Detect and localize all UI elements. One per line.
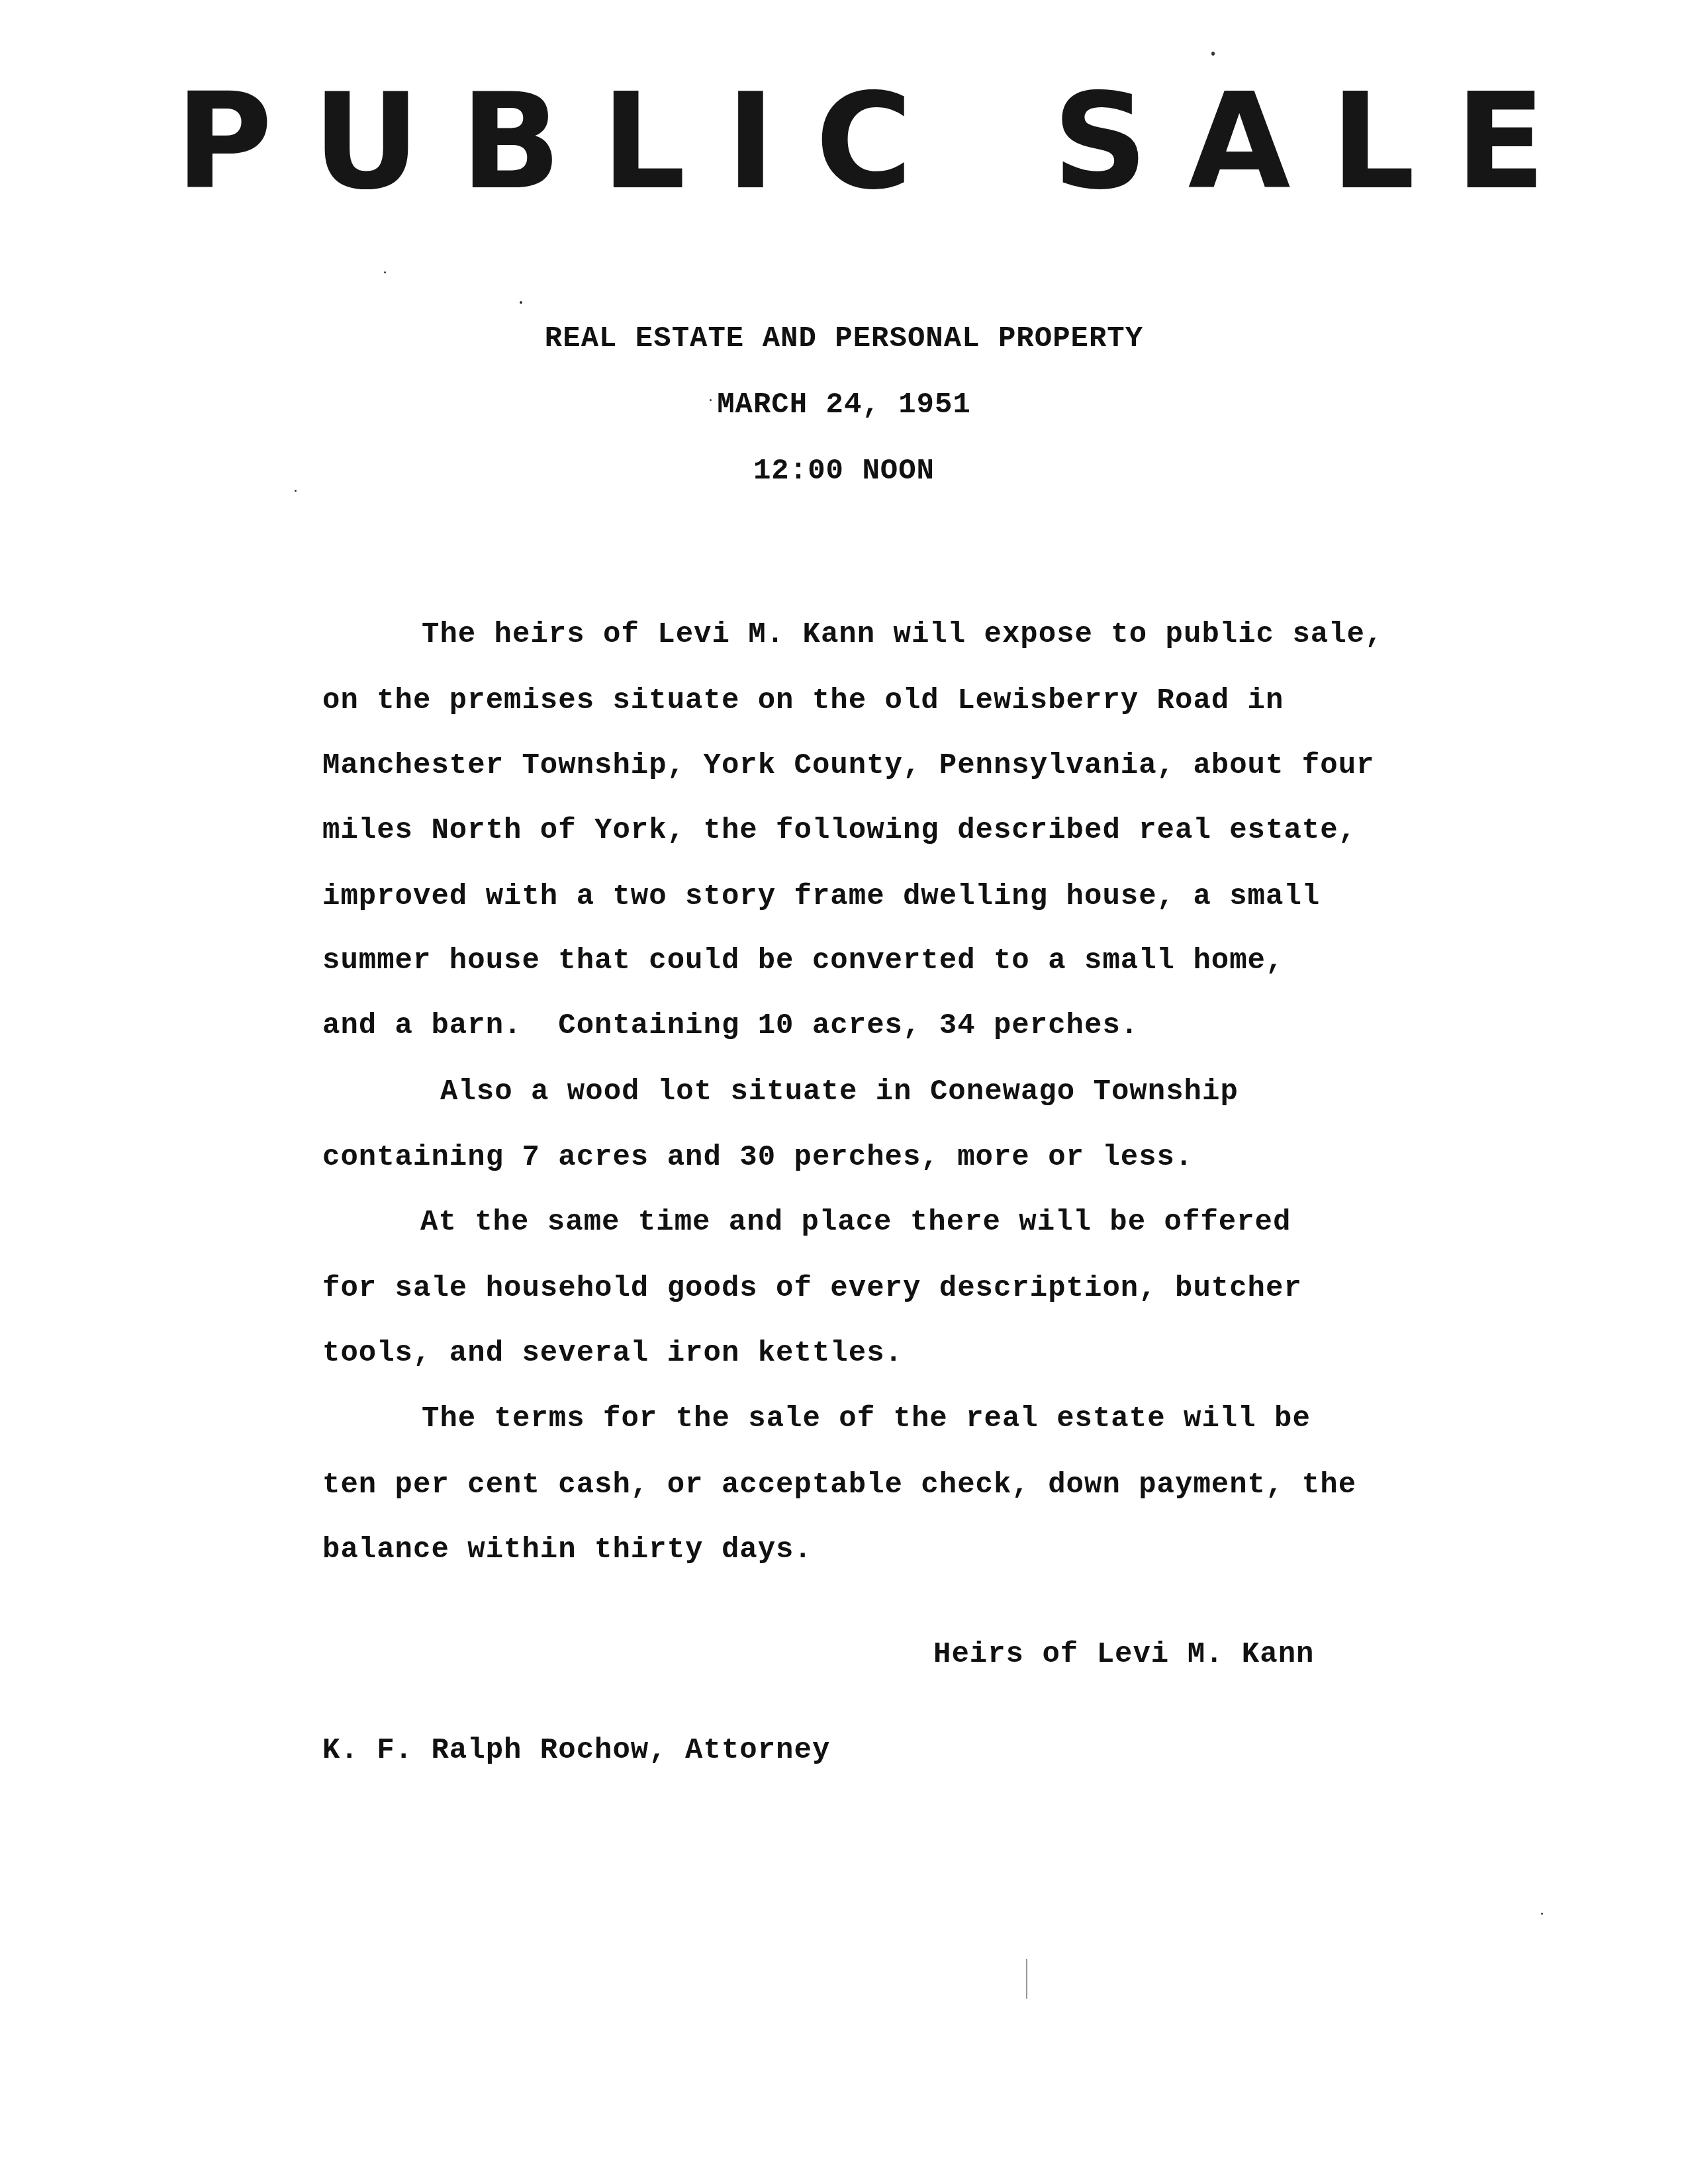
signature-attorney: K. F. Ralph Rochow, Attorney <box>322 1736 830 1765</box>
body-line: summer house that could be converted to … <box>322 946 1284 976</box>
subheading-time: 12:00 NOON <box>0 457 1688 486</box>
body-line: At the same time and place there will be… <box>420 1208 1291 1237</box>
body-line: ten per cent cash, or acceptable check, … <box>322 1471 1356 1500</box>
scan-speck <box>1541 1913 1543 1915</box>
subheading-property: REAL ESTATE AND PERSONAL PROPERTY <box>0 324 1688 353</box>
title-letter: U <box>312 76 420 208</box>
title-letter: I <box>726 76 775 208</box>
page-title: P U B L I C S A L E <box>175 86 1546 199</box>
body-line: miles North of York, the following descr… <box>322 816 1356 845</box>
title-letter: B <box>460 76 561 208</box>
body-line: Manchester Township, York County, Pennsy… <box>322 751 1374 780</box>
body-line: The terms for the sale of the real estat… <box>422 1404 1311 1433</box>
title-letter: P <box>175 76 273 208</box>
scan-speck <box>710 399 712 401</box>
title-letter: C <box>816 76 913 208</box>
scan-speck <box>295 490 297 492</box>
scan-speck <box>384 271 386 273</box>
body-line: balance within thirty days. <box>322 1535 812 1565</box>
title-letter: L <box>602 76 686 208</box>
title-letter: L <box>1331 76 1415 208</box>
body-line: Also a wood lot situate in Conewago Town… <box>440 1077 1239 1107</box>
body-line: The heirs of Levi M. Kann will expose to… <box>422 620 1383 649</box>
scan-speck <box>520 301 522 304</box>
scan-mark <box>1026 1959 1027 1999</box>
signature-heirs: Heirs of Levi M. Kann <box>933 1640 1315 1669</box>
body-line: containing 7 acres and 30 perches, more … <box>322 1143 1193 1172</box>
scan-speck <box>1211 52 1215 56</box>
body-line: for sale household goods of every descri… <box>322 1274 1302 1303</box>
title-letter: A <box>1188 76 1291 208</box>
title-letter: S <box>1053 76 1148 208</box>
body-line: improved with a two story frame dwelling… <box>322 882 1320 911</box>
title-letter: E <box>1455 76 1546 208</box>
subheading-date: MARCH 24, 1951 <box>0 390 1688 420</box>
body-line: tools, and several iron kettles. <box>322 1339 903 1368</box>
body-line: and a barn. Containing 10 acres, 34 perc… <box>322 1011 1139 1040</box>
body-line: on the premises situate on the old Lewis… <box>322 686 1284 715</box>
